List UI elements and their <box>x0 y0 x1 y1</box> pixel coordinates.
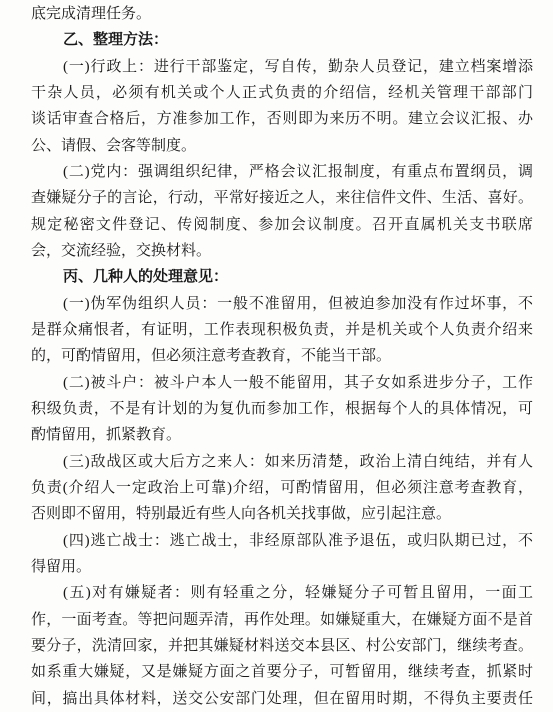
text-line: 要分子，洗清回家，并把其嫌疑材料送交本县区、村公安部门，继续考查。 <box>31 633 533 659</box>
text-line: (四)逃亡战士：逃亡战士，非经原部队准予退伍，或归队期已过，不 <box>31 528 533 554</box>
text-line: 如系重大嫌疑，又是嫌疑方面之首要分子，可暂留用，继续考查，抓紧时 <box>31 659 533 685</box>
text-line: 干杂人员，必须有机关或个人正式负责的介绍信，经机关管理干部部门 <box>31 80 533 106</box>
text-line: 谈话审查合格后，方准参加工作，否则即为来历不明。建立会议汇报、办 <box>31 106 533 132</box>
text-line: 间，搞出具体材料，送交公安部门处理，但在留用时期，不得负主要责任 <box>31 686 533 712</box>
text-line: 酌情留用，抓紧教育。 <box>31 422 533 448</box>
text-line: 会，交流经验，交换材料。 <box>31 238 533 264</box>
text-line: 否则即不留用，特别最近有些人向各机关找事做，应引起注意。 <box>31 501 533 527</box>
text-line: (二)党内：强调组织纪律，严格会议汇报制度，有重点布置纲员，调 <box>31 159 533 185</box>
text-line: (二)被斗户：被斗户本人一般不能留用，其子女如系进步分子，工作 <box>31 370 533 396</box>
heading-line: 丙、几种人的处理意见： <box>31 264 533 290</box>
text-line: 得留用。 <box>31 554 533 580</box>
text-line: 底完成清理任务。 <box>31 1 533 27</box>
text-line: 查嫌疑分子的言论，行动，平常好接近之人，来往信件文件、生活、喜好。 <box>31 185 533 211</box>
text-line: 负责(介绍人一定政治上可靠)介绍，可酌情留用，但必须注意考查教育， <box>31 475 533 501</box>
text-block: 底完成清理任务。乙、整理方法：(一)行政上：进行干部鉴定，写自传，勤杂人员登记，… <box>31 1 533 712</box>
text-line: 的，可酌情留用，但必须注意考查教育，不能当干部。 <box>31 343 533 369</box>
text-line: 积级负责，不是有计划的为复仇而参加工作，根据每个人的具体情况，可 <box>31 396 533 422</box>
text-line: 规定秘密文件登记、传阅制度、参加会议制度。召开直属机关支书联席 <box>31 212 533 238</box>
text-line: (一)行政上：进行干部鉴定，写自传，勤杂人员登记，建立档案增添 <box>31 54 533 80</box>
heading-line: 乙、整理方法： <box>31 27 533 53</box>
text-line: (五)对有嫌疑者：则有轻重之分，轻嫌疑分子可暂且留用，一面工 <box>31 580 533 606</box>
text-line: (一)伪军伪组织人员：一般不准留用，但被迫参加没有作过坏事，不 <box>31 291 533 317</box>
text-line: 是群众痛恨者，有证明，工作表现积极负责，并是机关或个人负责介绍来 <box>31 317 533 343</box>
text-line: 作，一面考查。等把问题弄清，再作处理。如嫌疑重大，在嫌疑方面不是首 <box>31 607 533 633</box>
text-line: 公、请假、会客等制度。 <box>31 133 533 159</box>
document-page: 底完成清理任务。乙、整理方法：(一)行政上：进行干部鉴定，写自传，勤杂人员登记，… <box>0 0 553 712</box>
text-line: (三)敌战区或大后方之来人：如来历清楚，政治上清白纯结，并有人 <box>31 449 533 475</box>
